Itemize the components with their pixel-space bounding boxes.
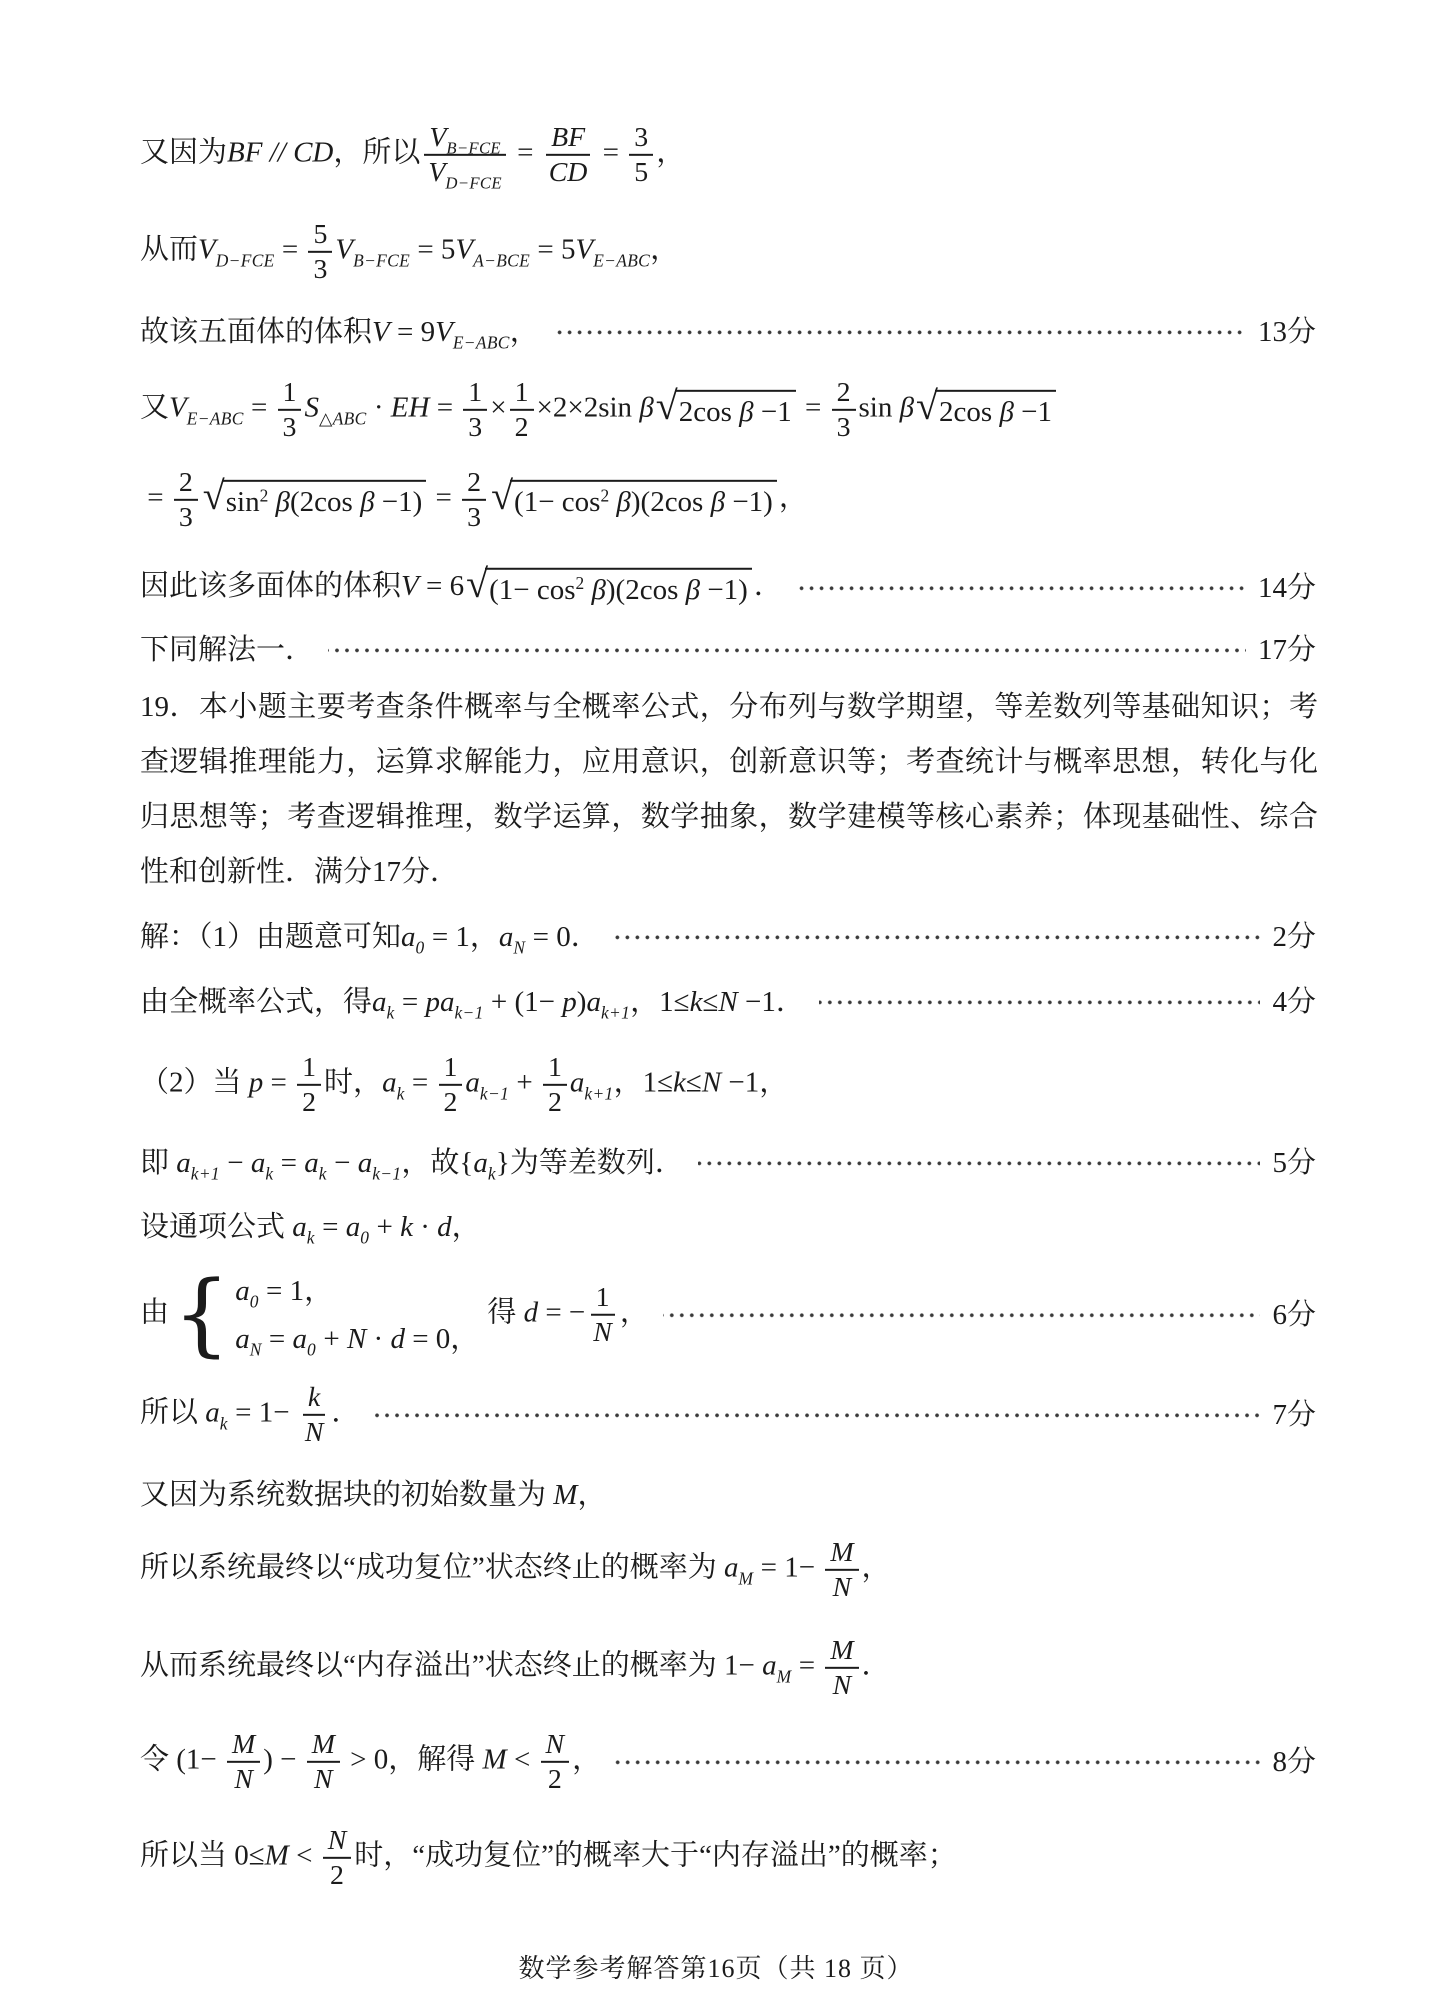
math-text: 2 — [515, 412, 529, 443]
fraction: 12 — [510, 377, 534, 443]
math-text: = — [791, 1650, 822, 1682]
math-italic-text: a — [473, 1147, 488, 1179]
math-italic-text: β — [711, 486, 725, 518]
line-content: 又因为BF // CD，所以VB−FCEVD−FCE = BFCD = 35， — [140, 122, 685, 188]
line-content: 从而系统最终以“内存溢出”状态终止的概率为 1− aM = MN． — [140, 1635, 891, 1701]
math-text: 1 — [548, 1052, 562, 1083]
math-italic-text: M — [483, 1744, 507, 1776]
math-text: 即 — [140, 1147, 176, 1179]
radicand: 2cos β −1 — [935, 390, 1056, 430]
dotted-leader — [614, 935, 1261, 940]
math-text: }为等差数列． — [496, 1147, 684, 1179]
math-italic-text: p — [249, 1067, 264, 1099]
math-text: 设通项公式 — [140, 1211, 292, 1243]
math-text: 解：（1）由题意可知 — [140, 921, 401, 953]
math-italic-text: M — [830, 1635, 853, 1666]
math-text: = 1， — [425, 921, 499, 953]
math-text: = 1− — [228, 1397, 297, 1429]
math-italic-text: a — [401, 921, 416, 953]
subscript: k+1 — [191, 1164, 220, 1184]
math-text: ，1≤ — [614, 1067, 673, 1099]
math-text: ， — [656, 137, 685, 169]
math-text: = — [275, 234, 306, 266]
line-ak-result: 所以 ak = 1− kN．7分 — [140, 1382, 1316, 1448]
dotted-leader — [698, 1161, 1261, 1166]
math-text: −1) — [725, 486, 773, 518]
math-text: ， — [650, 234, 679, 266]
score-badge: 7分 — [1272, 1397, 1316, 1433]
line-content: 即 ak+1 − ak = ak − ak−1，故{ak}为等差数列． — [140, 1145, 684, 1181]
math-text: = 1， — [259, 1275, 333, 1307]
math-italic-text: S — [304, 392, 319, 424]
fraction-denominator: 3 — [308, 253, 332, 285]
math-italic-text: V — [429, 122, 446, 153]
fraction-numerator: 1 — [297, 1052, 321, 1086]
fraction-numerator: 5 — [308, 219, 332, 253]
math-italic-text: BF — [227, 137, 262, 169]
line-polyhedron-volume: 因此该多面体的体积V = 6√(1− cos2 β)(2cos β −1)．14… — [140, 568, 1316, 608]
line-content: （2）当 p = 12时，ak = 12ak−1 + 12ak+1，1≤k≤N … — [140, 1052, 788, 1118]
line-general-term: 设通项公式 ak = a0 + k · d， — [140, 1209, 1316, 1245]
math-italic-text: a — [586, 986, 601, 1018]
math-italic-text: M — [553, 1479, 577, 1511]
fraction: 1N — [588, 1282, 617, 1348]
fraction: MN — [825, 1537, 858, 1603]
math-text: = — [395, 986, 426, 1018]
math-italic-text: a — [762, 1650, 777, 1682]
math-italic-text: V — [198, 234, 216, 266]
fraction-numerator: M — [307, 1729, 340, 1763]
math-text: ． — [862, 1650, 891, 1682]
math-text: (2cos — [290, 486, 360, 518]
math-italic-text: p — [562, 986, 577, 1018]
fraction-numerator: BF — [546, 122, 590, 156]
math-italic-text: a — [382, 1067, 397, 1099]
math-italic-text: β — [739, 396, 753, 428]
fraction: 13 — [463, 377, 487, 443]
math-text: 从而 — [140, 234, 198, 266]
math-italic-text: d — [390, 1323, 405, 1355]
line-content: 令 (1− MN) − MN > 0，解得 M < N2， — [140, 1729, 601, 1795]
math-italic-text: a — [358, 1147, 373, 1179]
math-text: ． — [331, 1397, 360, 1429]
math-text: = 0． — [525, 921, 599, 953]
square-root: √(1− cos2 β)(2cos β −1) — [466, 568, 752, 608]
math-text: 从而系统最终以“内存溢出”状态终止的概率为 1− — [140, 1650, 762, 1682]
subscript: 0 — [307, 1340, 316, 1360]
radicand: 2cos β −1 — [675, 390, 796, 430]
math-italic-text: V — [335, 234, 353, 266]
math-italic-text: a — [235, 1323, 250, 1355]
math-italic-text: β — [268, 486, 290, 518]
math-italic-text: a — [372, 986, 387, 1018]
math-text: ×2×2sin — [537, 392, 640, 424]
subscript: B−FCE — [353, 250, 410, 270]
score-badge: 17分 — [1258, 632, 1316, 668]
math-text: 又 — [140, 392, 169, 424]
math-italic-text: k — [308, 1382, 320, 1413]
fraction: BFCD — [544, 122, 593, 188]
math-text: 得 — [487, 1297, 523, 1329]
math-text: ≤ — [686, 1067, 702, 1099]
cases-row: aN = a0 + N · d = 0， — [235, 1321, 479, 1357]
line-content: 所以 ak = 1− kN． — [140, 1382, 360, 1448]
math-text: 3 — [179, 502, 193, 533]
math-italic-text: M — [312, 1729, 335, 1760]
square-root: √(1− cos2 β)(2cos β −1) — [491, 480, 777, 520]
subscript: A−BCE — [473, 250, 530, 270]
math-italic-text: N — [718, 986, 737, 1018]
math-italic-text: β — [999, 396, 1013, 428]
math-text: 令 (1− — [140, 1744, 224, 1776]
math-italic-text: V — [372, 316, 390, 348]
subscript: E−ABC — [453, 333, 510, 353]
square-root: √2cos β −1 — [656, 390, 796, 430]
math-text: 5 — [634, 157, 648, 188]
math-text: + — [509, 1067, 540, 1099]
line-total-probability: 由全概率公式，得ak = pak−1 + (1− p)ak+1，1≤k≤N −1… — [140, 984, 1316, 1020]
math-italic-text: β — [360, 486, 374, 518]
math-text: 3 — [468, 412, 482, 443]
fraction-denominator: N — [229, 1763, 258, 1795]
line-content: 由全概率公式，得ak = pak−1 + (1− p)ak+1，1≤k≤N −1… — [140, 984, 805, 1020]
paragraph-line: 性和创新性．满分17分． — [140, 845, 1318, 900]
math-italic-text: a — [570, 1067, 585, 1099]
math-italic-text: M — [265, 1840, 289, 1872]
math-text: ． — [754, 570, 783, 602]
math-text: = — [510, 137, 541, 169]
radicand: (1− cos2 β)(2cos β −1) — [510, 480, 777, 520]
math-text: −1) — [375, 486, 423, 518]
math-text: 所以系统最终以“成功复位”状态终止的概率为 — [140, 1552, 724, 1584]
math-italic-text: a — [205, 1397, 220, 1429]
subscript: k−1 — [372, 1164, 401, 1184]
math-text: 3 — [634, 122, 648, 153]
math-text: ， — [620, 1297, 649, 1329]
math-text: sin — [226, 486, 260, 518]
math-italic-text: pa — [425, 986, 454, 1018]
fraction-denominator: 3 — [462, 501, 486, 533]
math-text: = — [140, 482, 171, 514]
math-italic-text: k — [673, 1067, 686, 1099]
math-text: 时， — [324, 1067, 382, 1099]
superscript: 2 — [575, 573, 584, 593]
math-text: < — [507, 1744, 538, 1776]
fraction: N2 — [541, 1729, 570, 1795]
math-italic-text: β — [686, 574, 700, 606]
math-italic-text: N — [702, 1067, 721, 1099]
math-text: 由 — [140, 1297, 169, 1329]
math-solution-document: 又因为BF // CD，所以VB−FCEVD−FCE = BFCD = 35，从… — [0, 0, 1432, 2016]
math-italic-text: β — [584, 574, 606, 606]
line-conclusion: 所以当 0≤M < N2时，“成功复位”的概率大于“内存溢出”的概率； — [140, 1825, 1316, 1891]
math-text: ， — [862, 1552, 891, 1584]
cases-system: {a0 = 1，aN = a0 + N · d = 0， — [173, 1273, 479, 1358]
math-italic-text: d — [437, 1211, 452, 1243]
fraction: 35 — [629, 122, 653, 188]
math-text: 1 — [596, 1282, 610, 1313]
subscript: k — [387, 1003, 395, 1023]
math-text: = — [429, 392, 460, 424]
fraction-denominator: 5 — [629, 156, 653, 188]
fraction: N2 — [323, 1825, 352, 1891]
fraction-numerator: N — [541, 1729, 570, 1763]
fraction-denominator: 2 — [439, 1086, 463, 1118]
dotted-leader — [553, 330, 1246, 335]
math-text: + (1− — [484, 986, 563, 1018]
score-badge: 13分 — [1258, 314, 1316, 350]
math-italic-text: BF — [551, 122, 585, 153]
math-text: ， — [779, 482, 808, 514]
fraction-denominator: 3 — [174, 501, 198, 533]
paragraph-line: 归思想等；考查逻辑推理，数学运算，数学抽象，数学建模等核心素养；体现基础性、综合 — [140, 790, 1318, 845]
fraction-denominator: 2 — [543, 1086, 567, 1118]
math-italic-text: N — [328, 1825, 347, 1856]
fraction-denominator: 2 — [510, 411, 534, 443]
math-text: = — [244, 392, 275, 424]
math-text: 下同解法一． — [140, 634, 314, 666]
math-text: = — [428, 482, 459, 514]
math-text: 2 — [179, 467, 193, 498]
line-success-reset-probability: 所以系统最终以“成功复位”状态终止的概率为 aM = 1− MN， — [140, 1537, 1316, 1603]
math-text: 3 — [283, 412, 297, 443]
line-content: = 23√sin2 β(2cos β −1) = 23√(1− cos2 β)(… — [140, 467, 808, 533]
radical-sign: √ — [916, 386, 938, 426]
math-text: = — [315, 1211, 346, 1243]
score-badge: 8分 — [1272, 1744, 1316, 1780]
math-text: 2cos — [939, 396, 999, 428]
square-root: √sin2 β(2cos β −1) — [203, 480, 427, 520]
fraction: 12 — [543, 1052, 567, 1118]
math-italic-text: V — [435, 316, 453, 348]
math-text: ，故{ — [401, 1147, 473, 1179]
subscript: k+1 — [601, 1003, 630, 1023]
fraction-numerator: 1 — [543, 1052, 567, 1086]
math-text: 5 — [313, 219, 327, 250]
line-content: 由{a0 = 1，aN = a0 + N · d = 0，得 d = −1N， — [140, 1273, 649, 1358]
line-inequality: 令 (1− MN) − MN > 0，解得 M < N2，8分 — [140, 1729, 1316, 1795]
line-volume-ratio: 从而VD−FCE = 53VB−FCE = 5VA−BCE = 5VE−ABC， — [140, 219, 1316, 285]
fraction-denominator: N — [588, 1316, 617, 1348]
fraction-numerator: 1 — [278, 377, 302, 411]
math-text: −1． — [738, 986, 805, 1018]
math-italic-text: M — [830, 1537, 853, 1568]
line-content: 所以系统最终以“成功复位”状态终止的概率为 aM = 1− MN， — [140, 1537, 891, 1603]
math-text: 2 — [444, 1087, 458, 1118]
line-content: 又VE−ABC = 13S△ABC · EH = 13×12×2×2sin β√… — [140, 377, 1058, 443]
math-italic-text: V — [428, 157, 445, 188]
math-italic-text: k — [400, 1211, 413, 1243]
math-text: −1) — [700, 574, 748, 606]
subscript: k−1 — [454, 1003, 483, 1023]
math-italic-text: V — [575, 234, 593, 266]
radical-sign: √ — [656, 386, 678, 426]
math-text: ， — [452, 1211, 481, 1243]
dotted-leader — [374, 1413, 1260, 1418]
math-text: · — [413, 1211, 437, 1243]
math-italic-text: N — [593, 1317, 612, 1348]
subscript: △ABC — [319, 408, 367, 428]
math-italic-text: CD — [293, 137, 333, 169]
fraction-denominator: N — [300, 1416, 329, 1448]
subscript: N — [250, 1340, 262, 1360]
subscript: D−FCE — [216, 250, 275, 270]
math-text: （2）当 — [140, 1067, 249, 1099]
math-text: = 9 — [390, 316, 435, 348]
math-text: = — [595, 137, 626, 169]
fraction-numerator: N — [323, 1825, 352, 1859]
math-text: 3 — [837, 412, 851, 443]
line-content: 下同解法一． — [140, 632, 314, 668]
math-text: = 1− — [753, 1552, 822, 1584]
math-text: = — [262, 1323, 293, 1355]
fraction-numerator: 1 — [591, 1282, 615, 1316]
subscript: k+1 — [584, 1083, 613, 1103]
line-bf-parallel-cd: 又因为BF // CD，所以VB−FCEVD−FCE = BFCD = 35， — [140, 122, 1316, 188]
math-italic-text: a — [292, 1211, 307, 1243]
math-text: 由全概率公式，得 — [140, 986, 372, 1018]
fraction-numerator: k — [303, 1382, 325, 1416]
fraction: VB−FCEVD−FCE — [423, 122, 507, 188]
math-text: 故该五面体的体积 — [140, 316, 372, 348]
subscript: M — [777, 1666, 792, 1686]
math-italic-text: EH — [391, 392, 430, 424]
fraction-numerator: VB−FCE — [424, 122, 506, 156]
math-italic-text: a — [235, 1275, 250, 1307]
radical-sign: √ — [466, 564, 488, 604]
math-italic-text: N — [833, 1670, 852, 1701]
radical-sign: √ — [203, 476, 225, 516]
math-italic-text: N — [314, 1764, 333, 1795]
math-text: × — [490, 392, 506, 424]
line-content: 故该五面体的体积V = 9VE−ABC， — [140, 314, 539, 350]
line-content: 设通项公式 ak = a0 + k · d， — [140, 1209, 481, 1245]
math-text: = — [405, 1067, 436, 1099]
fraction-numerator: M — [227, 1729, 260, 1763]
fraction-numerator: 1 — [510, 377, 534, 411]
fraction-numerator: M — [825, 1537, 858, 1571]
fraction: 23 — [462, 467, 486, 533]
math-italic-text: a — [176, 1147, 191, 1179]
math-text: 又因为系统数据块的初始数量为 — [140, 1479, 553, 1511]
question-19-comment-paragraph: 19．本小题主要考查条件概率与全概率公式，分布列与数学期望，等差数列等基础知识；… — [140, 680, 1318, 900]
math-italic-text: N — [234, 1764, 253, 1795]
math-text: 1 — [302, 1052, 316, 1083]
math-text: = 6 — [419, 570, 464, 602]
cases-rows: a0 = 1，aN = a0 + N · d = 0， — [235, 1273, 479, 1358]
subscript: B−FCE — [446, 138, 501, 157]
math-italic-text: M — [232, 1729, 255, 1760]
line-part2-p-half: （2）当 p = 12时，ak = 12ak−1 + 12ak+1，1≤k≤N … — [140, 1052, 1316, 1118]
square-root: √2cos β −1 — [916, 390, 1056, 430]
subscript: N — [513, 938, 525, 958]
math-text: 所以 — [140, 1397, 205, 1429]
fraction: 23 — [832, 377, 856, 443]
fraction-numerator: 2 — [832, 377, 856, 411]
math-italic-text: a — [465, 1067, 480, 1099]
math-text: (1− cos — [489, 574, 575, 606]
math-text: 又因为 — [140, 137, 227, 169]
fraction-denominator: 3 — [463, 411, 487, 443]
math-italic-text: V — [401, 570, 419, 602]
fraction-numerator: 3 — [629, 122, 653, 156]
radicand: sin2 β(2cos β −1) — [222, 480, 427, 520]
fraction-denominator: 3 — [278, 411, 302, 443]
subscript: k — [220, 1413, 228, 1433]
math-text: )(2cos — [606, 574, 686, 606]
fraction-denominator: N — [828, 1571, 857, 1603]
subscript: k — [319, 1164, 327, 1184]
math-text: 时，“成功复位”的概率大于“内存溢出”的概率； — [354, 1840, 957, 1872]
line-v-eabc-expansion: 又VE−ABC = 13S△ABC · EH = 13×12×2×2sin β√… — [140, 377, 1316, 443]
math-text: + — [316, 1323, 347, 1355]
subscript: k — [307, 1228, 315, 1248]
subscript: E−ABC — [187, 408, 244, 428]
math-text: )(2cos — [631, 486, 711, 518]
subscript: 0 — [416, 938, 425, 958]
math-text: (1− cos — [514, 486, 600, 518]
math-text: 因此该多面体的体积 — [140, 570, 401, 602]
math-text: −1， — [721, 1067, 788, 1099]
line-content: 所以当 0≤M < N2时，“成功复位”的概率大于“内存溢出”的概率； — [140, 1825, 957, 1891]
math-text: · — [367, 392, 391, 424]
fraction-denominator: 3 — [832, 411, 856, 443]
fraction: 23 — [174, 467, 198, 533]
brace-icon: { — [173, 1281, 230, 1348]
fraction-numerator: 1 — [439, 1052, 463, 1086]
subscript: 0 — [360, 1228, 369, 1248]
dotted-leader — [819, 1000, 1261, 1005]
line-sqrt-simplification: = 23√sin2 β(2cos β −1) = 23√(1− cos2 β)(… — [140, 467, 1316, 533]
score-badge: 6分 — [1272, 1297, 1316, 1333]
math-italic-text: a — [724, 1552, 739, 1584]
math-italic-text: d — [524, 1297, 539, 1329]
line-same-as-method-one: 下同解法一．17分 — [140, 632, 1316, 668]
fraction: MN — [227, 1729, 260, 1795]
dotted-leader — [797, 586, 1246, 591]
math-italic-text: V — [455, 234, 473, 266]
math-italic-text: β — [609, 486, 631, 518]
math-text: ， — [510, 316, 539, 348]
subscript: k — [488, 1164, 496, 1184]
math-italic-text: a — [293, 1323, 308, 1355]
fraction-numerator: M — [825, 1635, 858, 1669]
subscript: D−FCE — [445, 174, 502, 193]
math-text: 2 — [467, 467, 481, 498]
dotted-leader — [663, 1313, 1261, 1318]
math-italic-text: N — [347, 1323, 366, 1355]
math-text: 1 — [468, 377, 482, 408]
line-system-of-equations: 由{a0 = 1，aN = a0 + N · d = 0，得 d = −1N，6… — [140, 1273, 1316, 1358]
fraction: 12 — [439, 1052, 463, 1118]
math-text: < — [289, 1840, 320, 1872]
math-text: = — [273, 1147, 304, 1179]
score-badge: 2分 — [1272, 919, 1316, 955]
fraction-denominator: VD−FCE — [423, 156, 507, 188]
page-footer: 数学参考解答第16页（共 18 页） — [0, 1948, 1432, 1985]
math-text: sin — [859, 392, 900, 424]
fraction-denominator: 2 — [543, 1763, 567, 1795]
math-italic-text: k — [690, 986, 703, 1018]
math-text: 2 — [302, 1087, 316, 1118]
cases-row: a0 = 1， — [235, 1273, 333, 1309]
fraction-denominator: 2 — [325, 1859, 349, 1891]
superscript: 2 — [600, 485, 609, 505]
math-text: = 5 — [530, 234, 575, 266]
fraction-numerator: 2 — [462, 467, 486, 501]
math-italic-text: a — [346, 1211, 361, 1243]
math-text: 2cos — [679, 396, 739, 428]
